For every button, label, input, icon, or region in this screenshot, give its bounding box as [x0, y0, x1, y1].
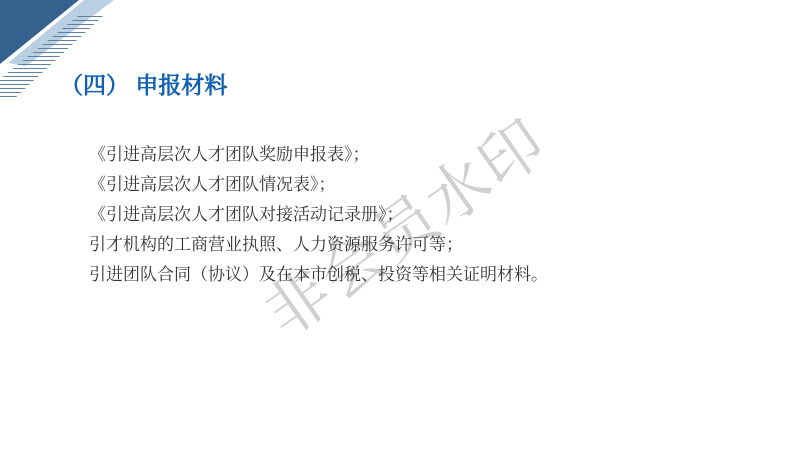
- material-item-3: 《引进高层次人才团队对接活动记录册》；: [89, 200, 548, 230]
- slide-canvas: 非会员水印 （四） 申报材料 《引进高层次人才团队奖励申报表》； 《引进高层次人…: [0, 0, 800, 450]
- material-item-5: 引进团队合同（协议）及在本市创税、投资等相关证明材料。: [89, 260, 548, 290]
- material-item-2: 《引进高层次人才团队情况表》；: [89, 170, 548, 200]
- material-item-1: 《引进高层次人才团队奖励申报表》；: [89, 140, 548, 170]
- slide-title: （四） 申报材料: [60, 72, 227, 100]
- materials-list: 《引进高层次人才团队奖励申报表》； 《引进高层次人才团队情况表》； 《引进高层次…: [89, 140, 548, 290]
- material-item-4: 引才机构的工商营业执照、人力资源服务许可等；: [89, 230, 548, 260]
